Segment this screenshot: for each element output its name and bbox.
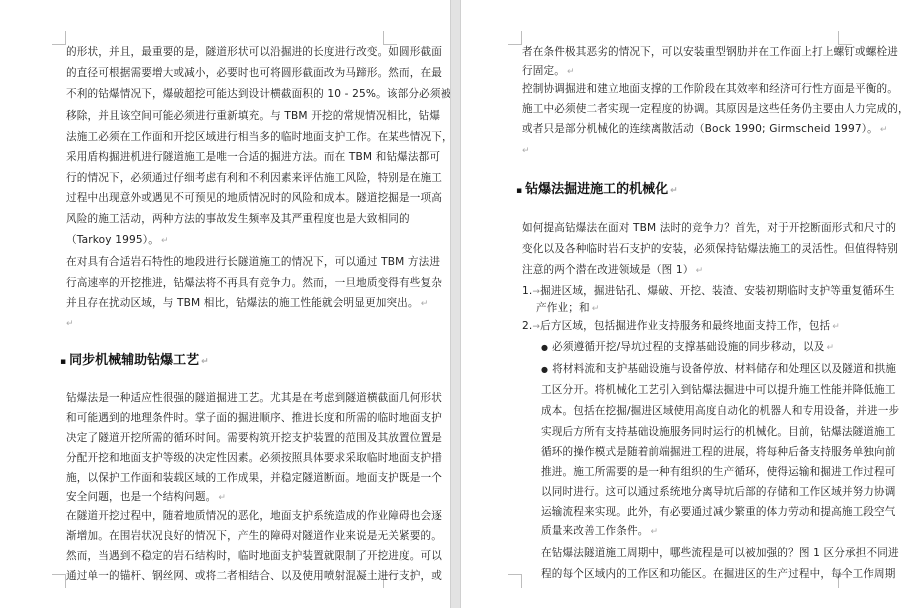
empty-paragraph[interactable]: ↵ [522, 143, 530, 158]
paragraph-mark: ↵ [880, 125, 888, 135]
list-number: 2. [522, 320, 532, 332]
margin-corner-mark [52, 31, 66, 45]
text-line[interactable]: 行的情况下，必须通过仔细考虑有利和不利因素来评估施工风险，特别是在施工 [66, 171, 442, 185]
text-line[interactable]: 施工中必须使二者实现一定程度的协调。其原因是这些任务仍主要由人力完成的， [522, 102, 909, 116]
text-line[interactable]: 在钻爆法隧道施工周期中，哪些流程是可以被加强的？图 1 区分承担不同进 [541, 546, 899, 560]
text-span: 或者只是部分机械化的连续离散活动（Bock 1990; Girmscheid 1… [522, 123, 878, 135]
text-line[interactable]: 循环的操作模式是随着前端掘进工程的进展，将每种后备支持服务单独向前 [541, 445, 896, 459]
section-heading[interactable]: ▪同步机械辅助钻爆工艺↵ [60, 353, 209, 370]
text-line[interactable]: 并且存在扰动区域，与 TBM 相比，钻爆法的施工性能就会明显更加突出。↵ [66, 296, 428, 311]
text-span: 行固定。 [522, 65, 565, 77]
list-text: 将材料流和支护基础设施与设备停放、材料储存和处理区以及隧道和拱施 [552, 363, 896, 375]
list-text: 产作业；和 [536, 302, 590, 314]
text-span: 安全问题，也是一个结构问题。 [66, 491, 216, 503]
text-line[interactable]: 行高速率的开挖推进，钻爆法将不再具有竞争力。然而，一旦地质变得有些复杂 [66, 276, 442, 290]
paragraph-mark: ↵ [670, 186, 678, 196]
paragraph-mark: ↵ [201, 357, 209, 367]
bullet-list-item[interactable]: ●必须遵循开挖/导坑过程的支撑基础设施的同步移动，以及↵ [541, 340, 834, 355]
numbered-list-item[interactable]: 1.→掘进区域，掘进钻孔、爆破、开挖、装渣、安装初期临时支护等重复循环生 [522, 284, 895, 299]
margin-corner-mark [52, 574, 66, 588]
text-line[interactable]: 的形状，并且，最重要的是，隧道形状可以沿掘进的长度进行改变。如圆形截面 [66, 45, 442, 59]
list-text: 掘进区域，掘进钻孔、爆破、开挖、装渣、安装初期临时支护等重复循环生 [540, 285, 895, 297]
bullet-list-item[interactable]: ●将材料流和支护基础设施与设备停放、材料储存和处理区以及隧道和拱施 [541, 362, 896, 377]
heading-text: 同步机械辅助钻爆工艺 [69, 353, 199, 368]
text-line[interactable]: 行固定。↵ [522, 64, 575, 79]
heading-text: 钻爆法掘进施工的机械化 [525, 182, 668, 197]
text-line[interactable]: 变化以及各种临时岩石支护的安装，必须保持钻爆法施工的灵活性。但值得特别 [522, 242, 898, 256]
document-page-left: 的形状，并且，最重要的是，隧道形状可以沿掘进的长度进行改变。如圆形截面 的直径可… [0, 0, 450, 608]
text-line[interactable]: 渐增加。在围岩状况良好的情况下，产生的障碍对隧道作业来说是无关紧要的。 [66, 529, 442, 543]
text-line[interactable]: 程的每个区域内的工作区和功能区。在掘进区的生产过程中，每个工作周期 [541, 567, 896, 581]
text-line[interactable]: 移除，并且该空间可能必须进行重新填充。与 TBM 开挖的常规情况相比，钻爆 [66, 109, 440, 123]
text-line[interactable]: 控制协调掘进和建立地面支撑的工作阶段在其效率和经济可行性方面是平衡的。 [522, 82, 898, 96]
text-line[interactable]: 者在条件极其恶劣的情况下，可以安装重型钢肋并在工作面上打上螺钉或螺栓进 [522, 45, 898, 59]
text-line[interactable]: 如何提高钻爆法在面对 TBM 法时的竞争力？首先，对于开挖断面形式和尺寸的 [522, 221, 896, 235]
text-line[interactable]: 法施工必须在工作面和开挖区域进行相当多的临时地面支护工作。在某些情况下， [66, 130, 450, 144]
text-line[interactable]: 或者只是部分机械化的连续离散活动（Bock 1990; Girmscheid 1… [522, 122, 888, 137]
paragraph-mark: ↵ [650, 527, 658, 537]
numbered-list-item[interactable]: 2.→后方区域，包括掘进作业支持服务和最终地面支持工作，包括↵ [522, 319, 840, 334]
text-line[interactable]: 和可能遇到的地理条件时。掌子面的掘进顺序、推进长度和所需的临时地面支护 [66, 411, 442, 425]
paragraph-mark: ↵ [696, 266, 704, 276]
bullet-icon: ● [541, 365, 548, 374]
margin-corner-mark [383, 31, 397, 45]
text-line[interactable]: 推进。施工所需要的是一种有组织的生产循环，使得运输和掘进工作过程可 [541, 465, 896, 479]
list-text: 必须遵循开挖/导坑过程的支撑基础设施的同步移动，以及 [552, 341, 824, 353]
margin-corner-mark [508, 31, 522, 45]
margin-corner-mark [838, 31, 852, 45]
text-line[interactable]: 风险的施工活动，两种方法的事故发生频率及其严重程度也是大致相同的 [66, 212, 410, 226]
paragraph-mark: ↵ [567, 67, 575, 77]
text-line[interactable]: 以同时进行。这可以通过系统地分离导坑后部的存储和工作区域并努力协调 [541, 485, 896, 499]
list-text: 后方区域，包括掘进作业支持服务和最终地面支持工作，包括 [540, 320, 830, 332]
tab-arrow-icon: → [532, 322, 540, 332]
text-line[interactable]: 实现后方所有支持基础设施服务同时运行的机械化。目前，钻爆法隧道施工 [541, 425, 896, 439]
text-line[interactable]: 决定了隧道开挖所需的循环时间。需要构筑开挖支护装置的范围及其放置位置是 [66, 431, 442, 445]
text-line[interactable]: 采用盾构掘进机进行隧道施工是唯一合适的掘进方法。而在 TBM 和钻爆法都可 [66, 150, 440, 164]
text-line[interactable]: 过程中出现意外或遇见不可预见的地质情况时的风险和成本。隧道挖掘是一项高 [66, 191, 442, 205]
text-span: 注意的两个潜在改进领域是（图 1） [522, 264, 694, 276]
section-heading[interactable]: ▪钻爆法掘进施工的机械化↵ [516, 182, 678, 199]
citation-text: （Tarkoy 1995）。 [66, 234, 159, 246]
document-page-right: 者在条件极其恶劣的情况下，可以安装重型钢肋并在工作面上打上螺钉或螺栓进 行固定。… [461, 0, 910, 608]
text-line[interactable]: 注意的两个潜在改进领域是（图 1）↵ [522, 263, 703, 278]
numbered-list-item-continuation[interactable]: 产作业；和↵ [536, 301, 599, 316]
paragraph-mark: ↵ [66, 319, 74, 329]
text-line[interactable]: 工区分开。将机械化工艺引入到钻爆法掘进中可以提升施工性能并降低施工 [541, 383, 896, 397]
paragraph-mark: ↵ [522, 146, 530, 156]
text-line[interactable]: （Tarkoy 1995）。↵ [66, 233, 169, 248]
text-line[interactable]: 运输流程来实现。此外，有必要通过减少繁重的体力劳动和提高施工段空气 [541, 505, 896, 519]
bullet-icon: ● [541, 343, 548, 352]
text-line[interactable]: 施，以保护工作面和装载区域的工作成果，并稳定隧道断面。地面支护既是一个 [66, 471, 442, 485]
tab-arrow-icon: → [532, 287, 540, 297]
margin-corner-mark [508, 574, 522, 588]
text-line[interactable]: 钻爆法是一种适应性很强的隧道掘进工艺。尤其是在考虑到隧道横截面几何形状 [66, 391, 442, 405]
page-separator [450, 0, 461, 608]
text-line[interactable]: 成本。包括在挖掘/掘进区域使用高度自动化的机器人和专用设备，并进一步 [541, 404, 899, 418]
text-span: 并且存在扰动区域，与 TBM 相比，钻爆法的施工性能就会明显更加突出。 [66, 297, 419, 309]
heading-marker-icon: ▪ [60, 357, 66, 367]
text-line[interactable]: 安全问题，也是一个结构问题。↵ [66, 490, 226, 505]
empty-paragraph[interactable]: ↵ [66, 316, 74, 331]
text-line[interactable]: 不利的钻爆情况下，爆破超挖可能达到设计横截面积的 10 - 25%。该部分必须被 [66, 87, 450, 101]
text-line[interactable]: 分配开挖和地面支护等级的决定性因素。必须按照具体要求采取临时地面支护措 [66, 451, 442, 465]
text-line[interactable]: 在隧道开挖过程中，随着地质情况的恶化，地面支护系统造成的作业障碍也会逐 [66, 509, 442, 523]
text-line[interactable]: 然而，当遇到不稳定的岩石结构时，临时地面支护装置就限制了开挖进度。可以 [66, 549, 442, 563]
list-number: 1. [522, 285, 532, 297]
text-span: 质量来改善工作条件。 [541, 525, 648, 537]
text-line[interactable]: 在对具有合适岩石特性的地段进行长隧道施工的情况下，可以通过 TBM 方法进 [66, 255, 440, 269]
paragraph-mark: ↵ [161, 236, 169, 246]
paragraph-mark: ↵ [421, 299, 429, 309]
text-line[interactable]: 质量来改善工作条件。↵ [541, 524, 658, 539]
paragraph-mark: ↵ [218, 493, 226, 503]
paragraph-mark: ↵ [832, 322, 840, 332]
text-line[interactable]: 通过单一的锚杆、钢丝网、或将二者相结合、以及使用喷射混凝土进行支护，或 [66, 569, 442, 583]
text-line[interactable]: 的直径可根据需要增大或减小，必要时也可将圆形截面改为马蹄形。然而，在最 [66, 66, 442, 80]
paragraph-mark: ↵ [826, 343, 834, 353]
heading-marker-icon: ▪ [516, 186, 522, 196]
paragraph-mark: ↵ [592, 304, 600, 314]
